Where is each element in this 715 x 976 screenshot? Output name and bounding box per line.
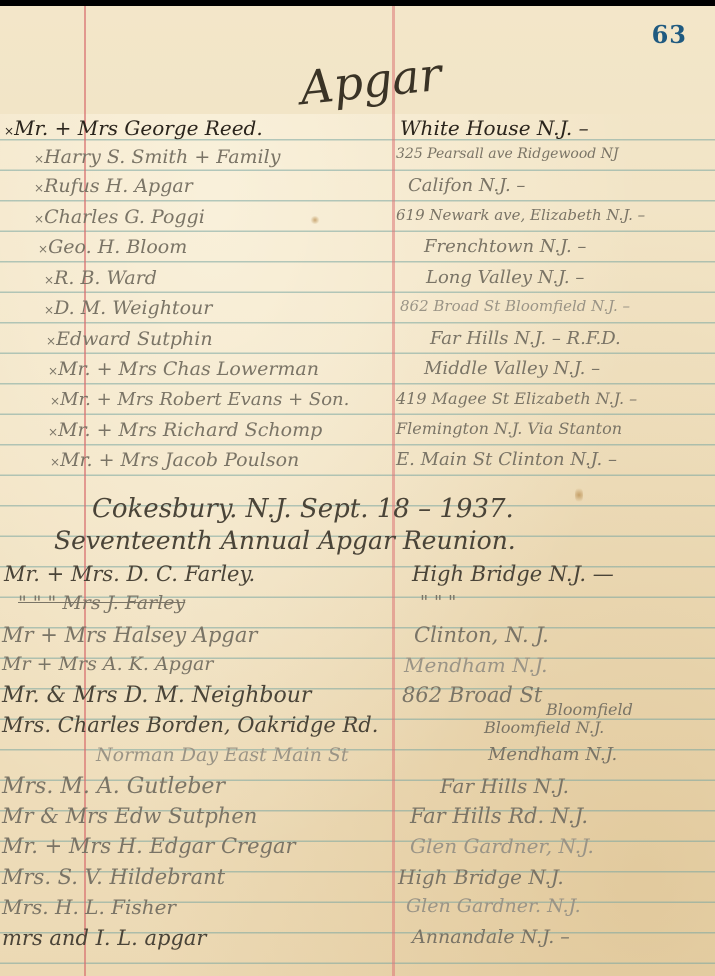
entry-address: Middle Valley N.J. –	[424, 358, 600, 379]
entry-address: 862 Broad St Bloomfield N.J. –	[400, 297, 630, 315]
entry-address: High Bridge N.J. —	[412, 562, 614, 586]
entry-address: Flemington N.J. Via Stanton	[396, 419, 622, 438]
entry-name: Mrs. Charles Borden, Oakridge Rd.	[2, 713, 378, 737]
entry-address: Bloomfield N.J.	[484, 718, 604, 737]
entry-address: 325 Pearsall ave Ridgewood NJ	[396, 146, 619, 162]
entry-name: Mrs. H. L. Fisher	[2, 895, 176, 919]
entry-address: 619 Newark ave, Elizabeth N.J. –	[396, 206, 645, 224]
entry-name: Mrs. M. A. Gutleber	[2, 774, 225, 799]
entry-name: Norman Day East Main St	[96, 744, 349, 766]
entry-name: ×D. M. Weightour	[44, 297, 212, 319]
entry-address: Clinton, N. J.	[414, 623, 549, 647]
entry-name: Mr + Mrs A. K. Apgar	[2, 653, 213, 675]
entry-name: ×Mr. + Mrs Robert Evans + Son.	[50, 389, 349, 410]
entry-address: Mendham N.J.	[488, 744, 617, 765]
entry-name: ×Mr. + Mrs Richard Schomp	[48, 419, 322, 441]
reunion-location-date: Cokesbury. N.J. Sept. 18 – 1937.	[92, 494, 514, 524]
entry-address: E. Main St Clinton N.J. –	[396, 449, 617, 470]
entry-address: High Bridge N.J.	[398, 865, 564, 889]
entry-address: Glen Gardner, N.J.	[410, 834, 594, 858]
entry-name: Mr. & Mrs D. M. Neighbour	[2, 683, 311, 708]
entry-name: Mr. + Mrs. D. C. Farley.	[4, 562, 255, 586]
entry-name: mrs and I. L. apgar	[2, 926, 206, 950]
reunion-title: Seventeenth Annual Apgar Reunion.	[54, 526, 516, 555]
entry-address: Far Hills Rd. N.J.	[410, 804, 588, 828]
entry-address: Califon N.J. –	[408, 175, 525, 196]
entry-name-struck: " " " Mrs J. Farley	[18, 592, 185, 614]
entry-address: Glen Gardner. N.J.	[406, 895, 581, 917]
entry-address: Mendham N.J.	[404, 653, 548, 677]
entry-name: Mr & Mrs Edw Sutphen	[2, 804, 257, 828]
entry-address: 862 Broad St	[402, 683, 542, 707]
entry-address: Far Hills N.J.	[440, 774, 569, 798]
checkmark: ×	[4, 124, 14, 138]
entry-address: Frenchtown N.J. –	[424, 236, 586, 257]
paper-stain	[575, 486, 583, 504]
entry-name: ×Geo. H. Bloom	[38, 236, 187, 258]
entry-name: ×Mr. + Mrs Jacob Poulson	[50, 449, 299, 471]
entry-name: ×Harry S. Smith + Family	[34, 146, 280, 168]
paper-stain	[310, 216, 320, 224]
entry-name: ×Edward Sutphin	[46, 328, 213, 350]
column-divider-line	[392, 6, 395, 976]
entry-address: Annandale N.J. –	[412, 926, 570, 948]
entry-name: Mr + Mrs Halsey Apgar	[2, 623, 257, 647]
entry-name: ×R. B. Ward	[44, 267, 157, 289]
entry-name: ×Mr. + Mrs Chas Lowerman	[48, 358, 319, 380]
page-number: 63	[652, 20, 687, 49]
entry-address: Long Valley N.J. –	[426, 267, 584, 288]
entry-name: ×Mr. + Mrs George Reed.	[4, 116, 263, 140]
ledger-page: 63 Apgar ×Mr. + Mrs George Reed. ×Harry …	[0, 6, 715, 976]
entry-name: ×Rufus H. Apgar	[34, 175, 193, 197]
entry-address: 419 Magee St Elizabeth N.J. –	[396, 389, 637, 408]
entry-name: Mr. + Mrs H. Edgar Cregar	[2, 834, 296, 858]
entry-address: Far Hills N.J. – R.F.D.	[430, 328, 621, 349]
entry-address: " " "	[420, 592, 456, 613]
entry-address-annotation: Bloomfield	[546, 700, 633, 719]
entry-address: White House N.J. –	[400, 116, 589, 140]
entry-name: Mrs. S. V. Hildebrant	[2, 865, 225, 889]
entry-name: ×Charles G. Poggi	[34, 206, 205, 228]
